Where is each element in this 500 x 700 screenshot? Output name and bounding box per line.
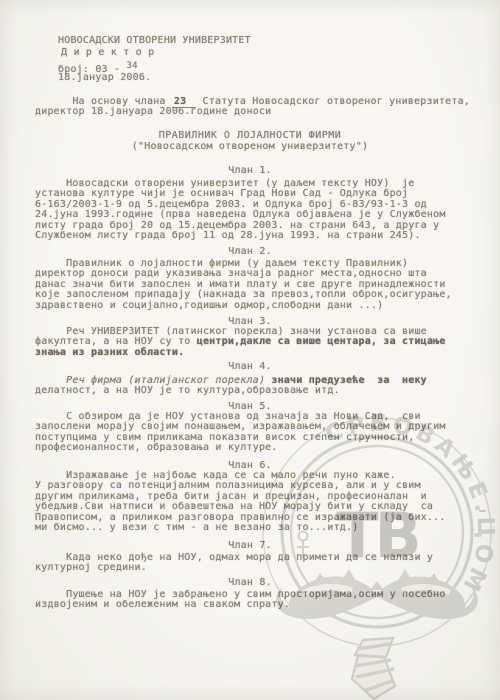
letterhead-role: Д и р е к т о р xyxy=(61,48,154,58)
article-4-body: Реч фирма (италијанског порекла) значи п… xyxy=(35,376,481,397)
article-2-heading: Члан 2. xyxy=(0,247,500,257)
document-title: ПРАВИЛНИК О ЛОЈАЛНОСТИ ФИРМИ xyxy=(0,131,500,141)
scanned-document-page: НОВОСАДСКИ ОТВОРЕНИ УНИВЕРЗИТЕТ Д и р е … xyxy=(0,0,500,700)
article-3-body: Реч УНИВЕРЗИТЕТ (латинског порекла) знач… xyxy=(35,327,481,358)
article-8-body: Пушење на НОУ је забрањено у свим просто… xyxy=(35,590,481,611)
article-5-body: С обзиром да је НОУ установа од значаја … xyxy=(35,412,481,454)
letterhead-number-sup: 34 xyxy=(126,61,137,71)
preamble: На основу члана 23 Статута Новосадског о… xyxy=(35,97,481,118)
letterhead-org: НОВОСАДСКИ ОТВОРЕНИ УНИВЕРЗИТЕТ xyxy=(58,36,251,46)
document-subtitle: ("Новосадском отвореном универзитету") xyxy=(0,142,500,152)
scan-speck xyxy=(479,510,486,512)
article-7-heading: Члан 7. xyxy=(0,541,500,551)
article-2-body: Правилник о лојалности фирми (у даљем те… xyxy=(35,259,481,311)
article-6-body: Изражавање је најбоље када се са мало ре… xyxy=(35,471,481,534)
article-8-heading: Члан 8. xyxy=(0,578,500,588)
letterhead-date: 18.јануар 2006. xyxy=(58,73,151,83)
article-7-body: Када неко дође на НОУ, одмах мора да при… xyxy=(35,553,481,574)
article-4-rest: делатност, а на НОУ је то култура,образо… xyxy=(35,385,340,396)
article-1-heading: Члан 1. xyxy=(0,166,500,176)
article-1-body: Новосадски отворени универзитет (у даљем… xyxy=(35,179,481,242)
necktie-icon xyxy=(352,638,395,699)
article-4-heading: Члан 4. xyxy=(0,362,500,372)
